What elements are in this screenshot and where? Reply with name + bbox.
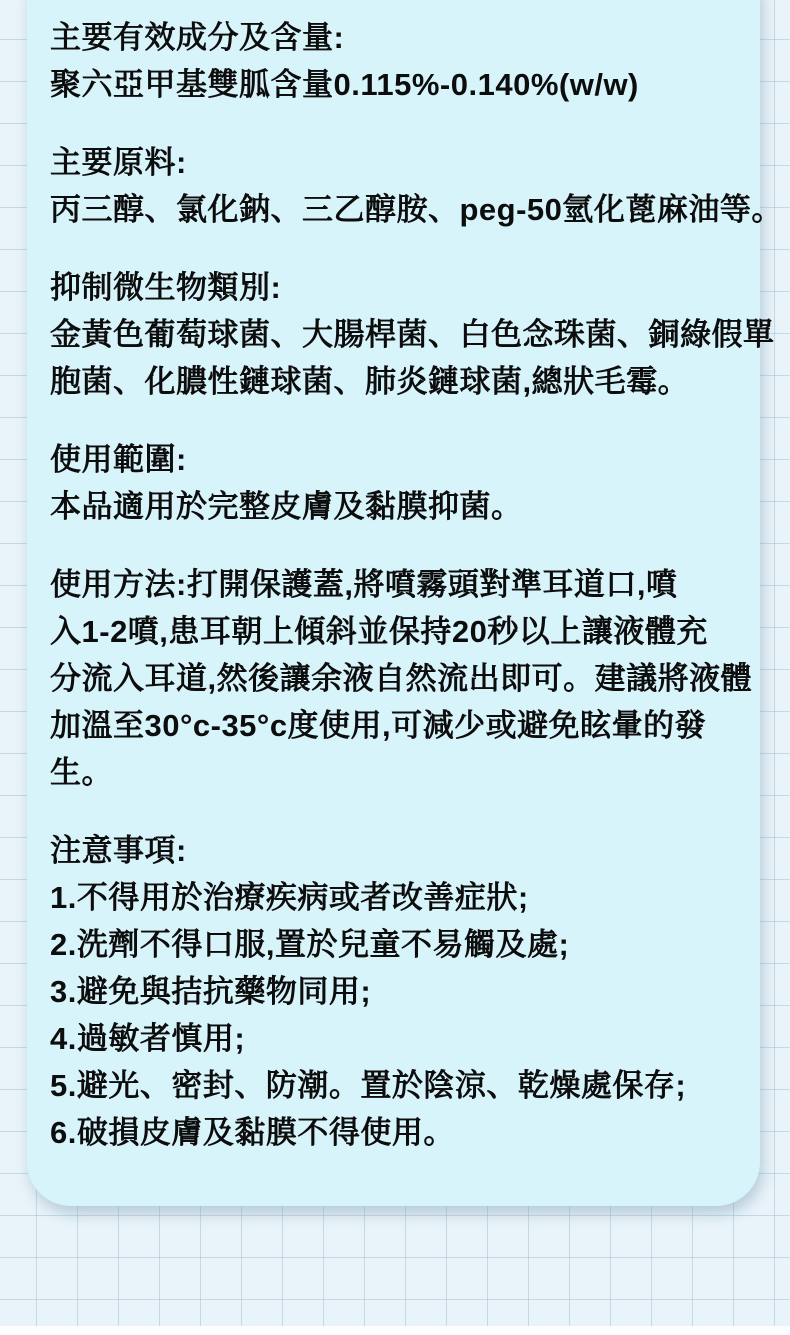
text-line: 本品適用於完整皮膚及黏膜抑菌。 xyxy=(50,483,742,530)
text-line: 4.過敏者慎用; xyxy=(50,1015,742,1062)
section-active-ingredients: 主要有效成分及含量: 聚六亞甲基雙胍含量0.115%-0.140%(w/w) xyxy=(50,14,742,108)
text-line: 使用方法:打開保護蓋,將噴霧頭對準耳道口,噴 xyxy=(50,561,742,608)
product-description-image: { "page": { "type": "product-description… xyxy=(0,0,790,1335)
section-heading: 主要原料: xyxy=(50,139,742,186)
image-bottom-strip xyxy=(0,1326,790,1335)
section-raw-materials: 主要原料: 丙三醇、氯化鈉、三乙醇胺、peg-50氫化蓖麻油等。 xyxy=(50,139,742,233)
section-heading: 使用範圍: xyxy=(50,436,742,483)
section-heading: 主要有效成分及含量: xyxy=(50,14,742,61)
text-line: 2.洗劑不得口服,置於兒童不易觸及處; xyxy=(50,921,742,968)
text-line: 分流入耳道,然後讓余液自然流出即可。建議將液體 xyxy=(50,655,742,702)
section-inhibited-microbes: 抑制微生物類別: 金黃色葡萄球菌、大腸桿菌、白色念珠菌、銅綠假單 胞菌、化膿性鏈… xyxy=(50,264,742,405)
section-usage-scope: 使用範圍: 本品適用於完整皮膚及黏膜抑菌。 xyxy=(50,436,742,530)
section-heading: 注意事項: xyxy=(50,827,742,874)
text-line: 3.避免與拮抗藥物同用; xyxy=(50,968,742,1015)
text-line: 丙三醇、氯化鈉、三乙醇胺、peg-50氫化蓖麻油等。 xyxy=(50,186,742,233)
text-line: 生。 xyxy=(50,749,742,796)
section-usage-method: 使用方法:打開保護蓋,將噴霧頭對準耳道口,噴 入1-2噴,患耳朝上傾斜並保持20… xyxy=(50,561,742,796)
text-line: 1.不得用於治療疾病或者改善症狀; xyxy=(50,874,742,921)
text-line: 金黃色葡萄球菌、大腸桿菌、白色念珠菌、銅綠假單 xyxy=(50,311,742,358)
section-heading: 抑制微生物類別: xyxy=(50,264,742,311)
text-line: 5.避光、密封、防潮。置於陰涼、乾燥處保存; xyxy=(50,1062,742,1109)
text-line: 加溫至30°c-35°c度使用,可減少或避免眩暈的發 xyxy=(50,702,742,749)
section-precautions: 注意事項: 1.不得用於治療疾病或者改善症狀; 2.洗劑不得口服,置於兒童不易觸… xyxy=(50,827,742,1156)
text-line: 胞菌、化膿性鏈球菌、肺炎鏈球菌,總狀毛霉。 xyxy=(50,358,742,405)
text-line: 6.破損皮膚及黏膜不得使用。 xyxy=(50,1109,742,1156)
description-card: 主要有效成分及含量: 聚六亞甲基雙胍含量0.115%-0.140%(w/w) 主… xyxy=(27,0,760,1206)
text-line: 聚六亞甲基雙胍含量0.115%-0.140%(w/w) xyxy=(50,61,742,108)
text-line: 入1-2噴,患耳朝上傾斜並保持20秒以上讓液體充 xyxy=(50,608,742,655)
